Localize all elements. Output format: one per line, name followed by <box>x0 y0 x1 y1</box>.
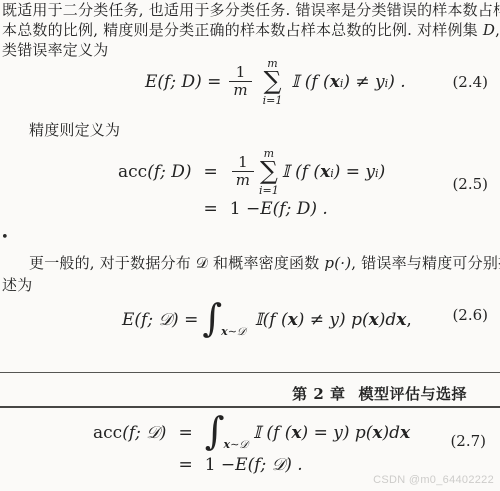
math-token: (f; 𝒟) <box>122 423 166 443</box>
fraction: 1m <box>229 65 251 99</box>
equation-2-7: acc(f; 𝒟) = ∫x∼𝒟 𝕀 (f (x) = y) p(x)dx = … <box>93 414 410 475</box>
vector-x: x <box>320 162 330 182</box>
equation-2-4: E(f; D) = 1m m∑i=1 𝕀 (f (xi) ≠ yi) . <box>145 56 406 108</box>
math-lhs: E(f; D) = <box>145 72 221 92</box>
math-token: , <box>406 310 411 330</box>
math-rhs: ∫x∼𝒟 𝕀 (f (x) = y) p(x)dx <box>205 414 410 452</box>
math-rhs: 1 − E(f; D) . <box>230 199 385 219</box>
integral: ∫x∼𝒟 <box>205 414 253 452</box>
vector-x: x <box>400 423 410 443</box>
math-var-D: D <box>483 21 495 39</box>
math-expression: 𝕀(f (x) ≠ y) p(x)dx , <box>255 310 412 330</box>
chapter-title: 模型评估与选择 <box>358 385 467 403</box>
equals-sign: = <box>178 455 192 475</box>
fraction-denominator: m <box>232 171 254 189</box>
math-rhs: 1 − E(f; 𝒟) . <box>205 455 410 475</box>
math-token: )d <box>379 310 397 330</box>
vector-x: x <box>330 72 340 92</box>
math-token: 1 − <box>205 455 235 475</box>
paragraph-line: 本总数的比例, 精度则是分类正确的样本数占样本总数的比例. 对样例集 D, 分 <box>2 21 500 40</box>
text-segment: 更一般的, 对于数据分布 <box>29 254 196 272</box>
math-token: ) = y <box>334 162 375 182</box>
paragraph-line: 更一般的, 对于数据分布 𝒟 和概率密度函数 p(·), 错误率与精度可分别描 <box>29 254 500 273</box>
integral-subscript: x∼𝒟 <box>224 438 249 452</box>
function-acc: acc <box>93 423 122 443</box>
fraction-denominator: m <box>229 81 251 99</box>
indicator-term: 𝕀 (f ( <box>253 423 291 443</box>
math-var-distribution: 𝒟 <box>196 254 208 272</box>
document-page: 既适用于二分类任务, 也适用于多分类任务. 错误率是分类错误的样本数占样 本总数… <box>0 0 500 491</box>
integral-symbol: ∫ <box>202 299 222 337</box>
vector-x: x <box>369 310 379 330</box>
fraction-numerator: 1 <box>232 65 250 81</box>
equation-number: (2.4) <box>452 73 488 91</box>
equation-number: (2.5) <box>452 175 488 193</box>
text-segment: , 错误率与精度可分别描 <box>351 254 500 272</box>
sigma-symbol: ∑ <box>260 160 278 183</box>
bullet-mark: • <box>1 230 9 245</box>
vector-x: x <box>288 310 298 330</box>
paragraph-accuracy-intro: 精度则定义为 <box>29 121 120 140</box>
math-expression: 𝕀 (f (xi) = yi) <box>282 162 385 182</box>
math-token: ) ≠ y) p( <box>298 310 369 330</box>
text-segment: 和概率密度函数 <box>208 254 324 272</box>
math-rhs: 1m m∑i=1 𝕀 (f (xi) = yi) <box>230 148 385 196</box>
math-token: (f; D) <box>147 162 191 182</box>
math-token: )d <box>383 423 401 443</box>
distribution-symbol: ∼𝒟 <box>228 325 246 338</box>
function-acc: acc <box>118 162 147 182</box>
text-segment: 本总数的比例, 精度则是分类正确的样本数占样本总数的比例. 对样例集 <box>2 21 483 39</box>
vector-x: x <box>396 310 406 330</box>
integral-subscript: x∼𝒟 <box>221 325 246 339</box>
text-segment: , 分 <box>495 21 500 39</box>
chapter-number: 第 2 章 <box>292 385 345 403</box>
paragraph-line: 既适用于二分类任务, 也适用于多分类任务. 错误率是分类错误的样本数占样 <box>2 1 500 20</box>
vector-x: x <box>291 423 301 443</box>
equals-sign: = <box>204 199 218 219</box>
math-lhs: acc(f; D) <box>118 162 192 182</box>
math-token: ) <box>379 162 386 182</box>
page-divider-top <box>0 372 500 373</box>
vector-x: x <box>372 423 382 443</box>
paragraph-line: 述为 <box>2 276 32 295</box>
math-lhs: acc(f; 𝒟) <box>93 423 166 443</box>
paragraph-line: 类错误率定义为 <box>2 41 108 60</box>
indicator-term: 𝕀 (f ( <box>282 162 320 182</box>
math-token: 1 − <box>230 199 260 219</box>
equation-2-6: E(f; 𝒟) = ∫x∼𝒟 𝕀(f (x) ≠ y) p(x)dx , <box>122 296 412 344</box>
summation: m∑i=1 <box>259 148 279 196</box>
math-expression: 𝕀 (f (xi) ≠ yi) . <box>291 72 405 92</box>
distribution-symbol: ∼𝒟 <box>230 438 248 451</box>
math-var-pdf: p(·) <box>324 254 351 272</box>
page-divider-bottom <box>0 406 500 408</box>
math-token: ) ≠ y <box>343 72 384 92</box>
integral-symbol: ∫ <box>205 412 225 450</box>
fraction: 1m <box>232 155 254 189</box>
math-token: ) = y) p( <box>302 423 373 443</box>
math-token: E(f; D) . <box>260 199 328 219</box>
math-token: ) . <box>388 72 405 92</box>
math-expression: 𝕀 (f (x) = y) p(x)dx <box>253 423 410 443</box>
equation-number: (2.7) <box>450 432 486 450</box>
indicator-term: 𝕀(f ( <box>255 310 288 330</box>
summation: m∑i=1 <box>263 58 283 106</box>
math-lhs: E(f; 𝒟) = <box>122 310 198 330</box>
fraction-numerator: 1 <box>234 155 252 171</box>
integral: ∫x∼𝒟 <box>202 301 250 339</box>
equals-sign: = <box>178 423 192 443</box>
equation-2-5: acc(f; D) = 1m m∑i=1 𝕀 (f (xi) = yi) = 1… <box>118 148 385 219</box>
summation-lower-limit: i=1 <box>259 185 279 196</box>
indicator-term: 𝕀 (f ( <box>291 72 329 92</box>
running-header: 第 2 章模型评估与选择 <box>292 383 467 404</box>
summation-lower-limit: i=1 <box>263 95 283 106</box>
equation-number: (2.6) <box>452 306 488 324</box>
math-token: E(f; 𝒟) . <box>235 455 302 475</box>
sigma-symbol: ∑ <box>264 70 282 93</box>
equals-sign: = <box>204 162 218 182</box>
csdn-watermark: CSDN @m0_64402222 <box>373 474 494 486</box>
